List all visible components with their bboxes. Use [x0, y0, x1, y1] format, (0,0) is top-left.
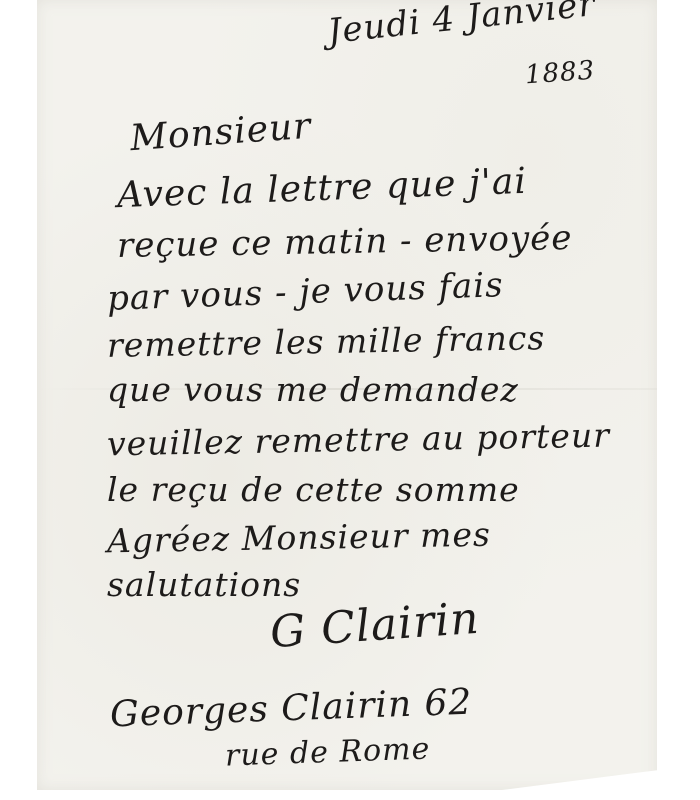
body-line-4: remettre les mille francs	[107, 318, 546, 365]
sender-address-line-2: rue de Rome	[224, 731, 430, 773]
body-line-7: le reçu de cette somme	[107, 470, 520, 509]
body-line-2: reçue ce matin - envoyée	[117, 218, 573, 266]
body-line-8: Agréez Monsieur mes	[107, 515, 491, 561]
letter-year: 1883	[524, 56, 596, 91]
body-line-5: que vous me demandez	[107, 370, 519, 409]
body-line-9: salutations	[107, 565, 301, 604]
